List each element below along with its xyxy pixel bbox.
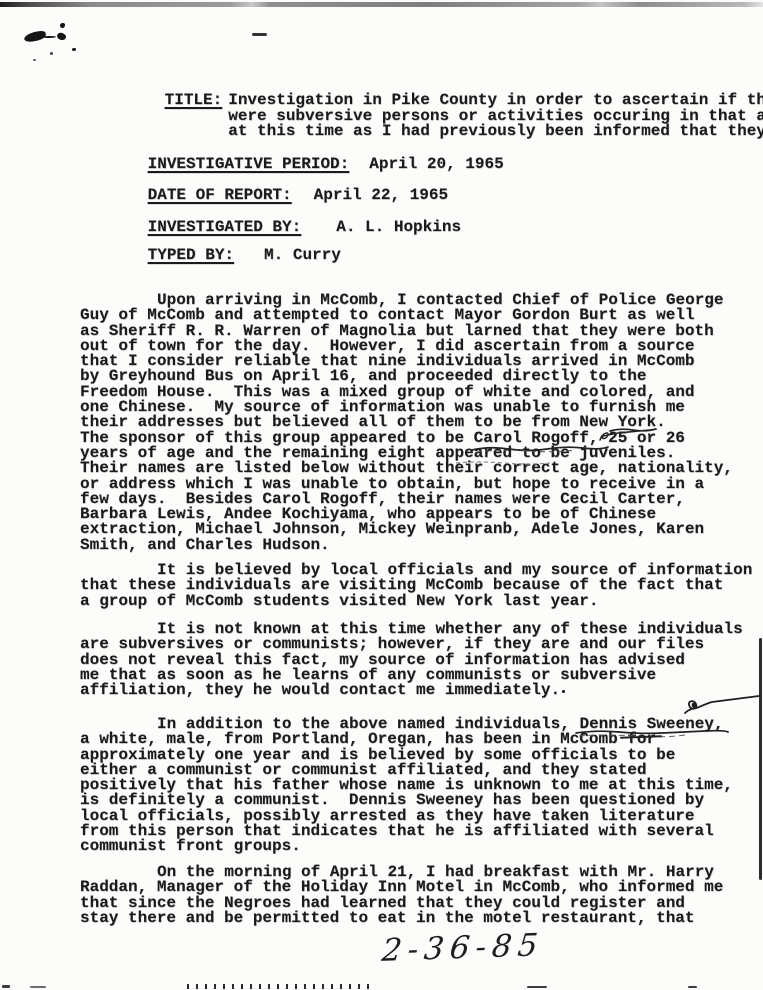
ink-dash [252,33,267,36]
scan-top-edge-artifact [0,2,763,7]
field-investigative-period-value: April 20, 1965 [369,157,503,172]
ink-smudge [72,48,76,51]
handwritten-underline-carol-rogoff [471,444,609,453]
field-investigative-period-label: INVESTIGATIVE PERIOD: [148,155,350,173]
ink-smudge [60,23,65,28]
scan-bottom-ticks [187,984,369,989]
ink-smudge [50,52,53,55]
paragraph-breakfast: On the morning of April 21, I had breakf… [80,865,763,926]
handwritten-loop-over-25 [596,427,652,443]
field-title-label: TITLE: [165,91,223,109]
ink-smudge [33,59,36,61]
field-date-of-report-label: DATE OF REPORT: [148,186,292,204]
handwritten-underline-appeared [455,460,551,466]
scan-bottom-mark [2,985,10,988]
paragraph-belief: It is believed by local officials and my… [80,563,763,609]
paragraph-unknown: It is not known at this time whether any… [80,622,763,698]
ink-smudge [43,36,56,38]
field-typed-by-value: M. Curry [264,248,341,263]
field-typed-by-label: TYPED BY: [148,246,234,264]
scan-bottom-mark [688,986,697,988]
field-title-value: Investigation in Pike County in order to… [228,93,763,139]
scan-bottom-mark [527,986,547,988]
paragraph-arrival: Upon arriving in McComb, I contacted Chi… [80,293,763,553]
field-date-of-report-value: April 22, 1965 [314,188,448,203]
field-typed-by: TYPED BY:M. Curry [90,233,341,279]
handwritten-page-number: 2-36-85 [380,927,545,969]
scan-bottom-mark [30,986,46,988]
scanned-report-page: TITLE:Investigation in Pike County in or… [0,0,763,990]
handwritten-arrow-loop-margin [682,692,762,716]
ink-smudge [56,31,67,41]
field-investigated-by-value: A. L. Hopkins [336,220,461,235]
